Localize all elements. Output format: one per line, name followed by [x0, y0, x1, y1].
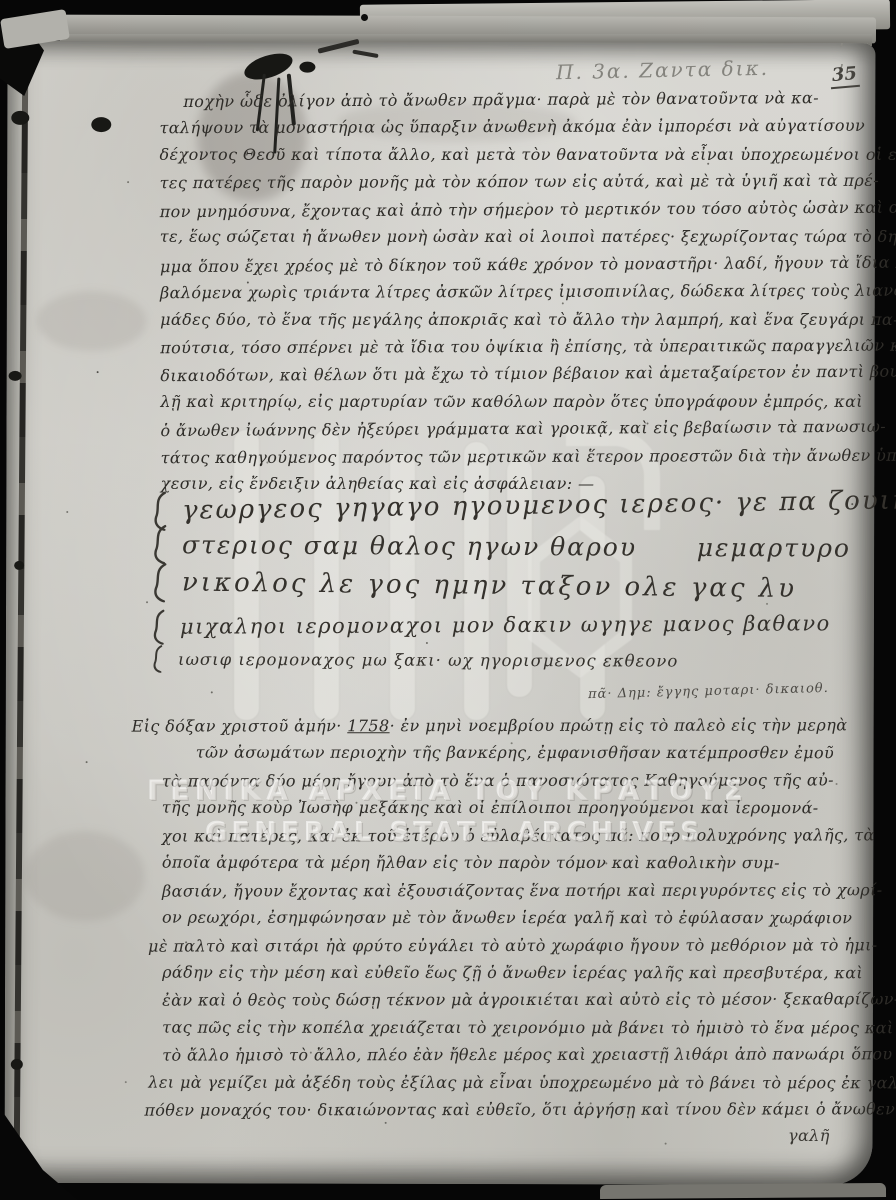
manuscript-line: μάδες δύο, τὸ ἕνα τῆς μεγάλης ἀποκριᾶς κ…: [160, 305, 874, 332]
manuscript-line: ἐὰν καὶ ὁ θεὸς τοὺς δώσῃ τέκνον μὰ ἀγροι…: [162, 986, 874, 1015]
date-line-rest: · ἐν μηνὶ νοεμβρίου πρώτῃ εἰς τὸ παλεὸ ε…: [390, 715, 848, 735]
manuscript-line: λῇ καὶ κριτηρίῳ, εἰς μαρτυρίαν τῶν καθόλ…: [160, 388, 874, 415]
manuscript-line: τῆς μονῆς κοὺρ Ἰωσὴφ μεξάκης καὶ οἱ ἐπίλ…: [162, 794, 874, 822]
manuscript-line: ὁ ἄνωθεν ἰωάννης δὲν ἠξεύρει γράμματα κα…: [160, 413, 874, 445]
manuscript-line: ράδην εἰς τὴν μέση καὶ εὐθεῖο ἕως ζῇ ὁ ἄ…: [162, 959, 874, 987]
ink-spot: [91, 117, 111, 132]
signature-row: ιωσιφ ιερομοναχος μω ξακι· ωχ ηγορισμενο…: [150, 643, 874, 678]
signature-flourish-icon: [150, 562, 168, 602]
ink-spot: [11, 111, 29, 125]
manuscript-line: ον ρεωχόρι, ἐσημφώνησαν μὲ τὸν ἄνωθεν ἱε…: [162, 904, 874, 932]
signature-row: νικολος λε γος ημην ταξον ολε γας λυ: [150, 562, 874, 610]
ink-spot: [14, 561, 24, 570]
date-underlined: 1758: [347, 716, 389, 735]
catchword: γαλῆ: [788, 1126, 830, 1145]
manuscript-line: βαλόμενα χωρὶς τριάντα λίτρες ἀσκῶν λίτρ…: [160, 277, 874, 307]
signature-text: ιωσιφ ιερομοναχος μω ξακι· ωχ ηγορισμενο…: [178, 649, 678, 670]
manuscript-line: τὸ ἄλλο ἡμισὸ τὸ ἄλλο, πλέο ἐὰν ἤθελε μέ…: [162, 1041, 874, 1070]
manuscript-line: ὁποῖα ἀμφότερα τὰ μέρη ἤλθαν εἰς τὸν παρ…: [162, 849, 874, 877]
paragraph-1: ποχὴν ὧδε ὀλίγον ἀπὸ τὸ ἄνωθεν πρᾶγμα· π…: [159, 85, 874, 499]
bleed-through-smudge: [25, 831, 145, 921]
manuscript-line: πον μνημόσυνα, ἔχοντας καὶ ἀπὸ τὴν σήμερ…: [160, 194, 874, 226]
bleed-through-smudge: [37, 291, 147, 351]
manuscript-line: τῶν ἀσωμάτων περιοχὴν τῆς βανκέρης, ἐμφα…: [196, 739, 874, 767]
signature-text: γεωργεος γηγαγο ηγουμενος ιερεος· γε πα …: [182, 484, 896, 526]
signature-flourish-icon: [150, 609, 166, 645]
signature-row: στεριος σαμ θαλος ηγων θαρου μεμαρτυρο: [150, 524, 874, 568]
manuscript-line: μὲ παλτὸ καὶ σιτάρι ἠὰ φρύτο εὐγάλει τὸ …: [148, 931, 874, 960]
manuscript-line: δικαιοδότων, καὶ θέλων ὅτι μὰ ἔχω τὸ τίμ…: [160, 358, 874, 390]
paragraph-2: Εἰς δόξαν χριστοῦ ἀμήν· 1758· ἐν μηνὶ νο…: [132, 711, 875, 1124]
ink-blot: [299, 62, 315, 73]
signature-flourish-icon: [150, 645, 164, 673]
signature-text: στεριος σαμ θαλος ηγων θαρου μεμαρτυρο: [182, 530, 851, 563]
manuscript-line: τες πατέρες τῆς παρὸν μονῆς μὰ τὸν κόπον…: [160, 167, 874, 197]
manuscript-line: τάτος καθηγούμενος παρόντος τῶν μερτικῶν…: [161, 441, 875, 471]
manuscript-line: ταλήψουν τὰ μοναστήρια ὡς ὕπαρξιν ἀνωθεν…: [159, 112, 873, 142]
ink-flourish: [352, 50, 378, 59]
signature-flourish-icon: [150, 524, 168, 564]
dust-spot: [361, 14, 368, 21]
under-page-edge: [600, 1183, 886, 1199]
manuscript-line: χοι καὶ πατέρες, καὶ ἐκ τοῦ ἑτέρου ὁ εὐλ…: [162, 821, 874, 850]
manuscript-line: πόθεν μοναχός του· δικαιώνοντας καὶ εὐθε…: [144, 1095, 874, 1124]
signature-row: γεωργεος γηγαγο ηγουμενος ιερεος· γε πα …: [150, 481, 874, 531]
signature-text: μιχαληοι ιερομοναχοι μον δακιν ωγηγε μαν…: [180, 611, 831, 638]
signature-block: γεωργεος γηγαγο ηγουμενος ιερεος· γε πα …: [150, 486, 874, 676]
manuscript-line: μμα ὅπου ἔχει χρέος μὲ τὸ δίκηον τοῦ κάθ…: [160, 248, 874, 280]
manuscript-line: τὰ παρόντα δύο μέρη ἤγουν ἀπὸ τὸ ἕνα ὁ π…: [162, 766, 874, 795]
manuscript-line: ποχὴν ὧδε ὀλίγον ἀπὸ τὸ ἄνωθεν πρᾶγμα· π…: [159, 84, 873, 116]
pencil-shelf-note: Π. 3α. Ζαντα δικ.: [556, 56, 769, 84]
manuscript-line-dated: Εἰς δόξαν χριστοῦ ἀμήν· 1758· ἐν μηνὶ νο…: [132, 711, 874, 740]
manuscript-line: τε, ἕως σώζεται ἡ ἄνωθεν μονὴ ὡσὰν καὶ ο…: [160, 223, 874, 250]
manuscript-line: πούτσια, τόσο σπέρνει μὲ τὰ ἴδια του ὀψί…: [160, 332, 874, 362]
ink-spot: [11, 1059, 23, 1070]
invocation-text: Εἰς δόξαν χριστοῦ ἀμήν·: [132, 716, 348, 735]
manuscript-line: λει μὰ γεμίζει μὰ ἀξέδη τοὺς ἐξίλας μὰ ε…: [148, 1068, 874, 1096]
manuscript-line: δέχοντος Θεοῦ καὶ τίποτα ἄλλο, καὶ μετὰ …: [160, 141, 874, 168]
manuscript-line: τας πῶς εἰς τὴν κοπέλα χρειάζεται τὸ χει…: [162, 1013, 874, 1041]
manuscript-photo: Π. 3α. Ζαντα δικ. ʼ ʼ 35 ποχὴν ὧδε ὀλίγο…: [0, 0, 896, 1200]
binding-stitch: [14, 41, 29, 1183]
signature-text: νικολος λε γος ημην ταξον ολε γας λυ: [182, 568, 797, 604]
manuscript-line: βασιάν, ἤγουν ἔχοντας καὶ ἐξουσιάζοντας …: [162, 876, 874, 905]
ink-spot: [9, 371, 22, 381]
signature-row: μιχαληοι ιερομοναχοι μον δακιν ωγηγε μαν…: [150, 604, 874, 646]
